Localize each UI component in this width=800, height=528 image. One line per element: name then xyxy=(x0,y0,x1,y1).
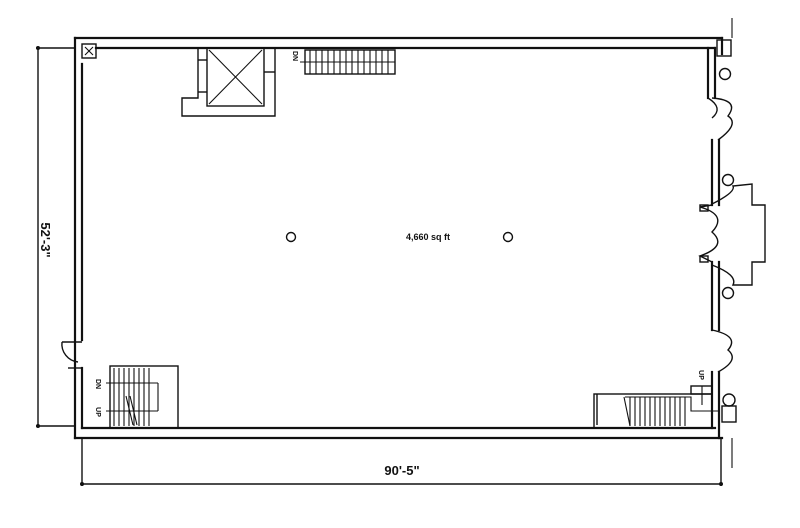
elevator xyxy=(182,48,275,116)
interior-door xyxy=(62,342,82,368)
storefront xyxy=(700,40,765,422)
depth-dimension: 52'-3" xyxy=(36,46,75,428)
width-dimension-label: 90'-5" xyxy=(384,463,419,478)
exterior-walls xyxy=(75,18,732,468)
bottom-right-stair: UP xyxy=(594,370,718,428)
stair-label-dn-top: DN xyxy=(291,51,298,61)
column xyxy=(504,233,513,242)
depth-dimension-label: 52'-3" xyxy=(38,222,53,257)
stair-label-up-bottom-left: UP xyxy=(94,407,101,417)
stair-label-dn-bottom-left: DN xyxy=(94,379,101,389)
floor-plan: DN 4,660 sq ft DN UP UP xyxy=(0,0,800,528)
corner-shaft xyxy=(82,44,96,58)
width-dimension: 90'-5" xyxy=(80,438,723,486)
bottom-left-stair: DN UP xyxy=(94,366,178,428)
top-stair: DN xyxy=(291,50,395,74)
stair-label-up-bottom-right: UP xyxy=(697,370,704,380)
area-label: 4,660 sq ft xyxy=(406,232,450,242)
column xyxy=(287,233,296,242)
